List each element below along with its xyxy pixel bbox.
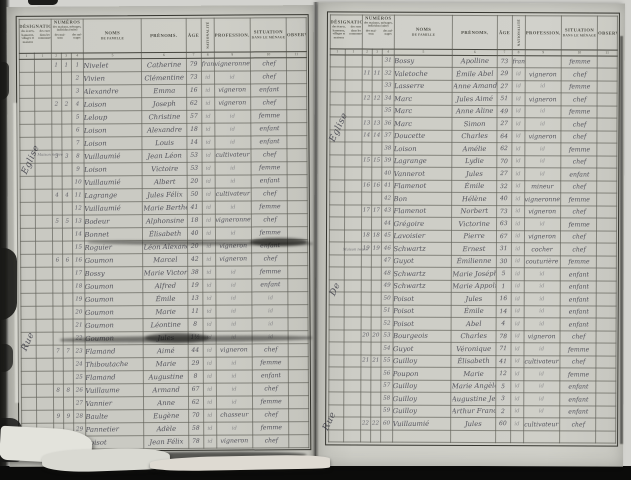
cell-numero-menage: 7 <box>63 345 73 358</box>
cell-profession: id <box>525 80 561 93</box>
cell-numero-menage: 13 <box>372 117 382 130</box>
cell-numero-menage <box>370 430 380 443</box>
cell-nom-de-famille: Vuillaumié <box>393 417 452 430</box>
cell-age: 2 <box>495 405 510 418</box>
cell-situation: chef <box>561 180 597 193</box>
cell-age: 62 <box>188 396 203 409</box>
cell-age: 14 <box>496 305 511 318</box>
cell-numero-individu: 18 <box>73 279 85 292</box>
cell-age: 27 <box>497 80 512 93</box>
cell-designation <box>36 306 53 319</box>
cell-nationalite: id <box>202 123 215 136</box>
header-label: NOMS <box>395 27 452 32</box>
cell-age: 20 <box>187 175 202 188</box>
cell-numero-maison: 7 <box>53 345 63 358</box>
header-sublabel: des mai- sons <box>52 34 68 41</box>
cell-numero-individu: 31 <box>382 55 394 68</box>
cell-nationalite <box>510 430 523 443</box>
cell-observations <box>597 93 616 106</box>
cell-age: 16 <box>496 293 511 306</box>
cell-nationalite: id <box>203 435 216 448</box>
cell-observations <box>287 161 306 174</box>
cell-age: 67 <box>188 383 203 396</box>
cell-designation <box>344 254 361 267</box>
cell-age: 62 <box>496 143 511 156</box>
cell-observations <box>288 213 307 226</box>
cell-prenom: Élisabeth <box>143 226 188 240</box>
cell-designation <box>329 254 344 267</box>
cell-situation: id <box>252 304 288 318</box>
cell-numero-menage <box>371 342 381 355</box>
cell-numero-maison: 2 <box>51 98 61 111</box>
cell-numero-menage <box>371 392 381 405</box>
cell-age: 13 <box>187 292 202 305</box>
cell-nationalite: id <box>202 266 215 279</box>
header-label: PROFESSION. <box>526 30 561 35</box>
header-sublabel: des maisons, ménages, individus (suite) <box>363 21 394 28</box>
cell-prenom: Alphonsine <box>143 213 188 227</box>
cell-profession: id <box>524 218 560 231</box>
cell-numero-maison <box>361 167 371 180</box>
census-row: 212155GuilloyÉlisabeth41idcultivateurche… <box>328 354 615 368</box>
cell-situation: chef <box>252 408 288 422</box>
cell-designation <box>20 280 35 293</box>
cell-prenom: Apolline <box>452 55 496 68</box>
cell-numero-individu: 11 <box>72 188 84 201</box>
cell-numero-maison <box>361 217 371 230</box>
cell-observations <box>288 317 307 330</box>
cell-prenom: Marie Appoline <box>452 280 496 293</box>
cell-numero-maison <box>52 202 62 215</box>
column-header-observations: OBSERVATIONS. <box>286 17 305 51</box>
margin-annotation: Maison neuve <box>37 153 62 157</box>
cell-nationalite: franc. <box>201 58 214 71</box>
cell-age: 44 <box>188 344 203 357</box>
cell-profession: id <box>216 369 252 383</box>
census-row: 51PoisotÉmile14ididenfant <box>329 304 616 318</box>
cell-age: 70 <box>496 155 511 168</box>
cell-numero-maison <box>53 397 63 410</box>
cell-nationalite: id <box>202 214 215 227</box>
header-label: OBSERVATIONS. <box>598 30 616 35</box>
cell-nom-de-famille: Loison <box>394 142 453 155</box>
cell-profession: id <box>524 293 560 306</box>
cell-nationalite: id <box>202 136 215 149</box>
cell-designation <box>35 163 52 176</box>
cell-observations <box>289 434 308 447</box>
cell-numero-menage: 12 <box>372 92 382 105</box>
cell-situation: chef <box>560 330 596 343</box>
cell-nationalite: id <box>510 393 523 406</box>
cell-designation <box>35 215 52 228</box>
cell-age: 57 <box>186 110 201 123</box>
column-header-profession: PROFESSION. <box>214 17 250 51</box>
cell-observations <box>596 418 615 431</box>
cell-observations <box>596 293 615 306</box>
cell-observations <box>287 135 306 148</box>
header-sublabels: des écarts, hameaux, villages et maisons… <box>330 26 361 44</box>
cell-prenom: Eugène <box>144 408 189 422</box>
cell-age: 30 <box>496 255 511 268</box>
cell-profession: id <box>215 265 251 279</box>
cell-prenom: Jules <box>451 417 495 430</box>
cell-numero-menage: 18 <box>371 230 381 243</box>
cell-age: 53 <box>187 162 202 175</box>
cell-nationalite: id <box>511 193 524 206</box>
census-row: 121234MarcJules Aimé51idvigneronchef <box>330 92 617 106</box>
cell-profession: id <box>216 356 252 370</box>
header-label: DÉSIGNATION <box>19 23 50 28</box>
cell-nationalite: id <box>512 105 525 118</box>
cell-prenom: Marie Joséphine <box>452 267 496 280</box>
header-row: DÉSIGNATIONdes écarts, hameaux, villages… <box>19 17 306 53</box>
cell-prenom: Aimé <box>143 343 188 357</box>
cell-situation: femme <box>252 265 288 279</box>
cell-numero-menage <box>372 105 382 118</box>
cell-designation <box>344 279 361 292</box>
census-row: 191946SchwartzErnest31idcocherchef <box>329 242 616 256</box>
cell-designation <box>343 367 360 380</box>
cell-numero-maison <box>52 267 62 280</box>
cell-numero-maison: 9 <box>53 410 63 423</box>
cell-age: 53 <box>187 149 202 162</box>
census-row: 111132ValetocheÉmile Abel29idvigneronche… <box>330 67 617 81</box>
cell-nom-de-famille: Guilloy <box>393 392 452 405</box>
cell-profession: chasseur <box>216 408 252 422</box>
cell-designation <box>329 242 344 255</box>
cell-profession: id <box>215 200 251 214</box>
cell-nationalite: id <box>202 162 215 175</box>
cell-numero-maison: 14 <box>362 130 372 143</box>
cell-numero-individu: 17 <box>73 266 85 279</box>
cell-numero-individu: 56 <box>381 367 393 380</box>
cell-numero-individu: 36 <box>382 117 394 130</box>
cell-age: 29 <box>497 68 512 81</box>
cell-numero-maison: 12 <box>362 92 372 105</box>
cell-designation <box>329 217 344 230</box>
cell-numero-menage <box>370 405 380 418</box>
cell-nationalite: id <box>511 305 524 318</box>
cell-situation: enfant <box>560 305 596 318</box>
cell-age: 67 <box>496 230 511 243</box>
cell-prenom: Émile <box>452 180 496 193</box>
cell-nationalite: id <box>203 370 216 383</box>
cell-nationalite: id <box>512 68 525 81</box>
cell-numero-menage <box>62 228 72 241</box>
cell-numero-menage: 8 <box>63 384 73 397</box>
cell-numero-individu: 28 <box>73 409 85 422</box>
cell-situation: femme <box>561 105 597 118</box>
cell-observations <box>287 96 306 109</box>
cell-numero-menage <box>371 380 381 393</box>
cell-nationalite: id <box>511 280 524 293</box>
header-label: NATIONALITÉ <box>205 20 209 50</box>
cell-numero-maison <box>51 85 61 98</box>
cell-nom-de-famille <box>392 429 451 442</box>
cell-numero-individu: 48 <box>381 267 393 280</box>
cell-observations <box>596 406 615 419</box>
cell-observations <box>597 143 616 156</box>
cell-numero-maison <box>360 392 370 405</box>
cell-numero-menage <box>62 124 72 137</box>
cell-numero-individu: 39 <box>382 155 394 168</box>
cell-numero-maison: 13 <box>362 117 372 130</box>
cell-numero-maison <box>51 111 61 124</box>
cell-numero-menage: 4 <box>62 189 72 202</box>
cell-nationalite: id <box>202 188 215 201</box>
cell-designation <box>21 319 36 332</box>
cell-numero-maison: 17 <box>361 205 371 218</box>
cell-nationalite: id <box>202 149 215 162</box>
cell-profession: vigneron <box>525 68 561 81</box>
cell-age: 73 <box>496 205 511 218</box>
cell-nationalite: id <box>511 168 524 181</box>
cell-profession: vigneron <box>525 93 561 106</box>
cell-nationalite: id <box>202 279 215 292</box>
cell-designation <box>329 267 344 280</box>
cell-situation: chef <box>561 130 597 143</box>
cell-numero-menage <box>371 267 381 280</box>
cell-designation <box>35 176 52 189</box>
cell-prenom <box>451 430 495 443</box>
cell-nom-de-famille: Grégoire <box>393 217 452 230</box>
cell-prenom: Alfred <box>143 278 188 292</box>
census-row: 181845LavoisierPierre67idvigneronchef <box>329 229 616 243</box>
cell-age: 64 <box>497 130 512 143</box>
cell-observations <box>287 70 306 83</box>
cell-numero-individu: 32 <box>382 67 394 80</box>
cell-observations <box>287 148 306 161</box>
census-row: 50PoisotJules16ididenfant <box>329 292 616 306</box>
cell-age: 79 <box>186 58 201 71</box>
cell-situation: chef <box>250 57 286 71</box>
cell-prenom: Amélie <box>452 142 496 155</box>
cell-designation <box>344 304 361 317</box>
header-sublabel: des maisons, ménages, individus (suite) <box>51 25 82 32</box>
cell-numero-menage: 14 <box>372 130 382 143</box>
paper-crease-stain <box>250 238 308 246</box>
cell-age: 40 <box>187 227 202 240</box>
cell-age: 19 <box>187 279 202 292</box>
cell-numero-menage <box>371 317 381 330</box>
cell-nationalite: franc. <box>512 55 525 68</box>
cell-nationalite: id <box>203 409 216 422</box>
cell-numero-individu: 12 <box>72 201 84 214</box>
cell-situation: enfant <box>252 369 288 383</box>
cell-nationalite: id <box>201 84 214 97</box>
cell-observations <box>288 343 307 356</box>
cell-profession: vigneron <box>214 83 250 97</box>
cell-profession: vigneron <box>524 205 560 218</box>
cell-numero-menage: 22 <box>370 417 380 430</box>
cell-situation: chef <box>251 148 287 162</box>
cell-numero-menage <box>62 111 72 124</box>
cell-numero-menage <box>372 167 382 180</box>
cell-situation: enfant <box>561 168 597 181</box>
census-row: 38LoisonAmélie62ididfemme <box>329 142 616 156</box>
header-label: DÉSIGNATION <box>330 19 361 24</box>
cell-nom-de-famille: Lagrange <box>394 154 453 167</box>
cell-age: 27 <box>497 118 512 131</box>
cell-situation: femme <box>560 343 596 356</box>
cell-profession: id <box>214 109 250 123</box>
cell-nationalite: id <box>511 218 524 231</box>
cell-situation: chef <box>252 252 288 266</box>
cell-situation: enfant <box>560 280 596 293</box>
cell-designation <box>343 392 360 405</box>
cell-observations <box>287 122 306 135</box>
cell-observations <box>289 382 308 395</box>
column-header-age: ÂGE <box>186 18 201 52</box>
cell-numero-menage <box>371 367 381 380</box>
cell-prenom: Norbert <box>452 205 496 218</box>
cell-observations <box>596 368 615 381</box>
cell-profession: id <box>214 70 250 84</box>
cell-prenom: Jules Félix <box>142 187 187 201</box>
cell-observations <box>289 421 308 434</box>
cell-designation <box>343 417 360 430</box>
header-sublabels: des écarts, hameaux, villages et maisons… <box>19 30 50 48</box>
cell-nom-de-famille: Marc <box>394 117 453 130</box>
cell-numero-menage: 20 <box>371 330 381 343</box>
cell-profession: id <box>215 174 251 188</box>
cell-numero-menage: 6 <box>62 254 72 267</box>
column-header-numeros: NUMÉROSdes maisons, ménages, individus (… <box>51 18 83 52</box>
cell-numero-maison <box>362 80 372 93</box>
cell-numero-individu: 44 <box>381 217 393 230</box>
cell-numero-menage: 11 <box>372 67 382 80</box>
cell-designation <box>345 67 362 80</box>
cell-designation <box>344 167 361 180</box>
cell-numero-maison <box>53 306 63 319</box>
header-sublabels: des mai- sonsdes mé- nagesdes indi- vidu… <box>363 30 394 48</box>
cell-numero-maison <box>362 142 372 155</box>
cell-designation <box>21 384 36 397</box>
cell-observations <box>288 252 307 265</box>
cell-observations <box>288 304 307 317</box>
cell-numero-menage <box>371 192 381 205</box>
cell-numero-maison <box>52 176 62 189</box>
cell-prenom: Albert <box>142 174 187 188</box>
cell-numero-individu: 52 <box>381 317 393 330</box>
cell-observations <box>596 343 615 356</box>
cell-age: 8 <box>188 318 203 331</box>
cell-prenom: Jean Félix <box>144 434 189 448</box>
cell-nationalite: id <box>512 80 525 93</box>
cell-nationalite: id <box>203 422 216 435</box>
cell-observations <box>596 331 615 344</box>
cell-numero-maison <box>361 342 371 355</box>
cell-numero-individu: 26 <box>73 383 85 396</box>
cell-prenom: Jules <box>452 167 496 180</box>
column-header-nationalite: NATIONALITÉ <box>512 15 525 49</box>
cell-numero-individu: 50 <box>381 292 393 305</box>
cell-numero-individu: 37 <box>382 130 394 143</box>
cell-age: 1 <box>496 280 511 293</box>
cell-prenom: Christine <box>142 109 187 123</box>
cell-situation: enfant <box>251 135 287 149</box>
cell-designation <box>344 192 361 205</box>
column-header-noms: NOMSDE FAMILLE <box>394 15 453 49</box>
cell-profession: id <box>216 291 252 305</box>
census-row: 57GuilloyMarie Angèle5ididenfant <box>328 379 615 393</box>
cell-designation <box>344 267 361 280</box>
cell-situation: chef <box>252 382 288 396</box>
cell-situation: femme <box>251 109 287 123</box>
cell-prenom: Joseph <box>142 96 187 110</box>
column-header-designation: DÉSIGNATIONdes écarts, hameaux, villages… <box>19 19 51 53</box>
cell-age: 73 <box>497 55 512 68</box>
cell-numero-individu: 16 <box>72 253 84 266</box>
cell-numero-individu <box>380 430 392 443</box>
cell-observations <box>596 318 615 331</box>
cell-numero-menage: 3 <box>62 150 72 163</box>
cell-situation: chef <box>560 243 596 256</box>
cell-situation: enfant <box>560 405 596 418</box>
cell-prenom: Anne Aline <box>452 105 496 118</box>
cell-profession: id <box>523 405 559 418</box>
cell-prenom: Véronique <box>451 342 495 355</box>
cell-observations <box>597 56 616 69</box>
cell-numero-individu: 7 <box>72 136 84 149</box>
cell-prenom: Simon <box>452 117 496 130</box>
cell-numero-individu: 47 <box>381 255 393 268</box>
cell-numero-maison: 8 <box>53 384 63 397</box>
header-sublabel: des écarts, hameaux, villages et maisons <box>20 30 36 44</box>
cell-numero-maison: 4 <box>52 189 62 202</box>
cell-situation: femme <box>252 356 288 370</box>
census-table-frame: DÉSIGNATIONdes écarts, hameaux, villages… <box>16 14 312 452</box>
cell-numero-maison: 11 <box>362 67 372 80</box>
cell-designation <box>345 92 362 105</box>
cell-situation: femme <box>251 200 287 214</box>
cell-nationalite: id <box>512 118 525 131</box>
cell-nationalite: id <box>512 130 525 143</box>
cell-observations <box>288 265 307 278</box>
ink-blot <box>0 62 9 100</box>
cell-observations <box>597 181 616 194</box>
cell-observations <box>597 81 616 94</box>
cell-designation <box>344 329 361 342</box>
cell-numero-maison <box>53 319 63 332</box>
cell-designation <box>20 215 35 228</box>
cell-prenom: Armand <box>144 382 189 396</box>
cell-designation <box>330 67 345 80</box>
cell-prenom: Abel <box>451 317 495 330</box>
cell-prenom: Catherine <box>142 57 187 71</box>
cell-prenom: Augustine <box>144 369 189 383</box>
cell-prenom: Anne <box>144 395 189 409</box>
cell-prenom: Marie Berthe <box>142 200 187 214</box>
cell-numero-maison <box>53 293 63 306</box>
cell-nom-de-famille: Poisot <box>393 304 452 317</box>
cell-prenom: Marie Angèle <box>451 380 495 393</box>
cell-numero-individu: 38 <box>382 142 394 155</box>
cell-age: 32 <box>496 180 511 193</box>
cell-age: 5 <box>496 268 511 281</box>
cell-designation <box>34 98 51 111</box>
cell-designation <box>329 229 344 242</box>
cell-age: 40 <box>496 193 511 206</box>
cell-situation: enfant <box>560 268 596 281</box>
cell-numero-individu: 60 <box>380 417 392 430</box>
cell-numero-individu: 41 <box>382 180 394 193</box>
cell-designation <box>36 345 53 358</box>
cell-nationalite: id <box>202 201 215 214</box>
cell-numero-maison <box>53 358 63 371</box>
census-row: 59GuilloyArthur Francis2ididenfant <box>328 404 615 418</box>
cell-profession: id <box>524 380 560 393</box>
